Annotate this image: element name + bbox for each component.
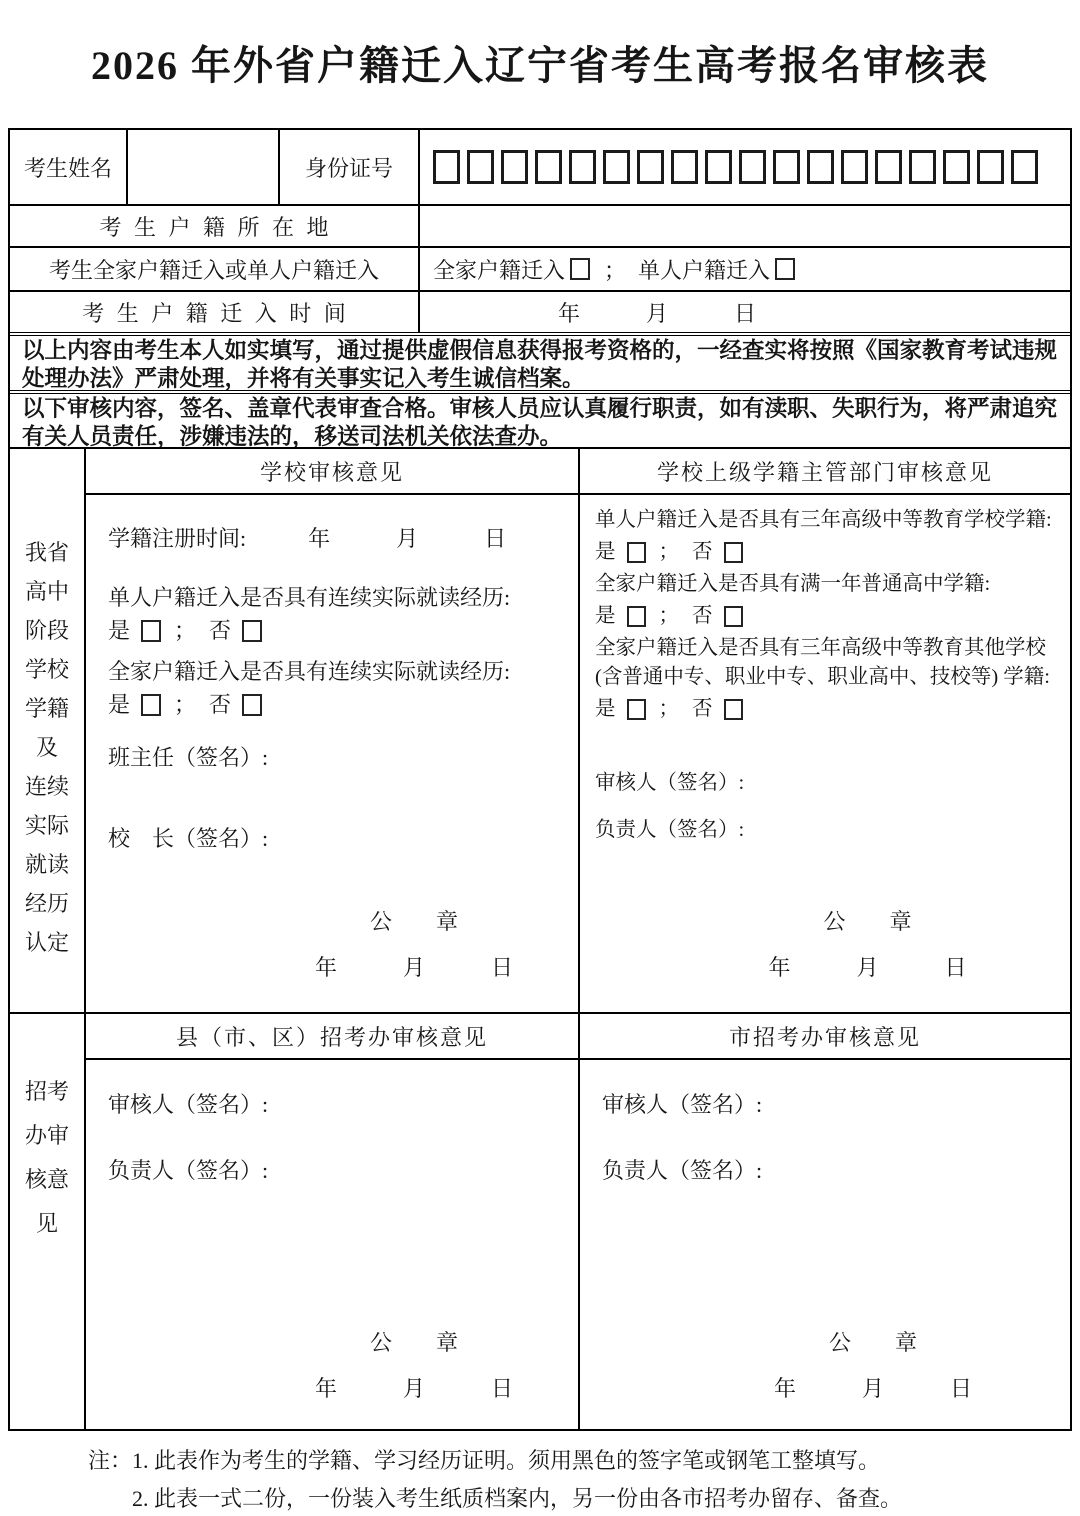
seal-label: 公 章 (823, 908, 911, 936)
id-digit-box[interactable] (467, 150, 494, 184)
yes-label: 是 (108, 615, 130, 646)
sidebar-line: 经历 (25, 884, 69, 923)
id-digit-box[interactable] (1011, 150, 1038, 184)
separator: ； (174, 615, 196, 646)
sidebar-line: 学校 (25, 650, 69, 689)
authority-review-body: 单人户籍迁入是否具有三年高级中等教育学校学籍: 是 ； 否 全家户籍迁入是否具有… (580, 495, 1070, 1012)
principal-sign-label[interactable]: 校 长（签名）: (108, 823, 568, 854)
id-digit-box[interactable] (943, 150, 970, 184)
school-review-body: 学籍注册时间: 年 月 日 单人户籍迁入是否具有连续实际就读经历: 是 ； 否 … (86, 495, 578, 1012)
yes-no-row: 是 ； 否 (108, 615, 568, 646)
separator: ； (174, 689, 196, 720)
registration-time-row: 学籍注册时间: 年 月 日 (108, 523, 568, 554)
no-checkbox[interactable] (724, 606, 743, 627)
notice-truthful-filling: 以上内容由考生本人如实填写，通过提供虚假信息获得报考资格的，一经查实将按照《国家… (10, 332, 1070, 390)
sidebar-line: 连续 (25, 767, 69, 806)
yes-no-row: 是 ； 否 (595, 695, 1056, 724)
sidebar-line: 学籍 (25, 689, 69, 728)
sidebar-line: 我省 (25, 533, 69, 572)
county-seal-area: 公 章 年 月 日 (184, 1329, 644, 1403)
responsible-sign-label[interactable]: 负责人（签名）: (602, 1156, 1060, 1186)
yes-label: 是 (595, 538, 616, 567)
id-digit-box[interactable] (977, 150, 1004, 184)
separator: ； (659, 602, 680, 631)
id-digit-box[interactable] (807, 150, 834, 184)
county-office-column: 县（市、区）招考办审核意见 审核人（签名）: 负责人（签名）: 公 章 年 月 … (84, 1014, 578, 1429)
city-seal-area: 公 章 年 月 日 (644, 1329, 1080, 1403)
id-digit-box[interactable] (671, 150, 698, 184)
form-page: 2026 年外省户籍迁入辽宁省考生高考报名审核表 考生姓名 身份证号 考 生 户… (0, 0, 1080, 1516)
form-table: 考生姓名 身份证号 考 生 户 籍 所 在 地 考生全家户籍迁入或单人户籍迁入 … (8, 128, 1072, 1431)
school-review-column: 学校审核意见 学籍注册时间: 年 月 日 单人户籍迁入是否具有连续实际就读经历:… (84, 449, 578, 1012)
row-candidate-identity: 考生姓名 身份证号 (10, 130, 1070, 204)
family-move-checkbox[interactable] (570, 258, 590, 280)
county-office-header: 县（市、区）招考办审核意见 (86, 1014, 578, 1060)
seal-date: 年 月 日 (774, 1375, 972, 1403)
no-checkbox[interactable] (724, 542, 743, 563)
move-type-options: 全家户籍迁入 ； 单人户籍迁入 (418, 248, 1070, 290)
yes-no-row: 是 ； 否 (595, 538, 1056, 567)
single-move-checkbox[interactable] (775, 258, 795, 280)
sidebar-line: 就读 (25, 845, 69, 884)
sidebar-line: 阶段 (25, 611, 69, 650)
city-office-body: 审核人（签名）: 负责人（签名）: 公 章 年 月 日 (580, 1060, 1070, 1429)
id-digit-box[interactable] (535, 150, 562, 184)
sidebar-line: 实际 (25, 806, 69, 845)
row-move-time: 考 生 户 籍 迁 入 时 间 年 月 日 (10, 290, 1070, 332)
seal-label: 公 章 (370, 1329, 458, 1357)
reviewer-sign-label[interactable]: 审核人（签名）: (595, 769, 1056, 798)
yes-checkbox[interactable] (141, 694, 161, 716)
id-number-label: 身份证号 (278, 130, 418, 204)
authority-review-column: 学校上级学籍主管部门审核意见 单人户籍迁入是否具有三年高级中等教育学校学籍: 是… (578, 449, 1070, 1012)
head-teacher-sign-label[interactable]: 班主任（签名）: (108, 742, 568, 773)
seal-date: 年 月 日 (315, 954, 513, 982)
residence-input-area[interactable] (418, 206, 1070, 246)
section-b-sidebar: 招考办审核意见 (10, 1014, 84, 1429)
page-title: 2026 年外省户籍迁入辽宁省考生高考报名审核表 (0, 34, 1080, 91)
yes-checkbox[interactable] (141, 620, 161, 642)
note-item: 1. 此表作为考生的学籍、学习经历证明。须用黑色的签字笔或钢笔工整填写。 (132, 1442, 902, 1480)
note-item: 2. 此表一式二份，一份装入考生纸质档案内，另一份由各市招考办留存、备查。 (132, 1480, 902, 1516)
id-digit-box[interactable] (603, 150, 630, 184)
school-seal-area: 公 章 年 月 日 (184, 908, 644, 982)
yes-label: 是 (595, 695, 616, 724)
id-digit-boxes (433, 150, 1038, 184)
question-single-study: 单人户籍迁入是否具有连续实际就读经历: (108, 582, 568, 613)
move-type-label: 考生全家户籍迁入或单人户籍迁入 (10, 248, 418, 290)
id-digit-box[interactable] (637, 150, 664, 184)
sidebar-line: 办审 (25, 1114, 69, 1158)
notes-prefix: 注： (88, 1442, 132, 1516)
city-office-column: 市招考办审核意见 审核人（签名）: 负责人（签名）: 公 章 年 月 日 (578, 1014, 1070, 1429)
notice-review-responsibility: 以下审核内容，签名、盖章代表审查合格。审核人员应认真履行职责，如有渎职、失职行为… (10, 390, 1070, 447)
seal-label: 公 章 (370, 908, 458, 936)
yes-checkbox[interactable] (627, 606, 646, 627)
family-move-label: 全家户籍迁入 (433, 254, 565, 285)
responsible-sign-label[interactable]: 负责人（签名）: (108, 1156, 568, 1186)
yes-label: 是 (108, 689, 130, 720)
city-office-header: 市招考办审核意见 (580, 1014, 1070, 1060)
section-admission-office-review: 招考办审核意见 县（市、区）招考办审核意见 审核人（签名）: 负责人（签名）: … (10, 1012, 1070, 1429)
candidate-name-label: 考生姓名 (10, 130, 126, 204)
move-time-ymd: 年 月 日 (558, 297, 756, 328)
no-label: 否 (692, 538, 713, 567)
id-digit-box[interactable] (433, 150, 460, 184)
footer-notes: 注： 1. 此表作为考生的学籍、学习经历证明。须用黑色的签字笔或钢笔工整填写。 … (88, 1442, 1028, 1516)
separator: ； (659, 538, 680, 567)
row-residence: 考 生 户 籍 所 在 地 (10, 204, 1070, 246)
school-review-header: 学校审核意见 (86, 449, 578, 495)
seal-date: 年 月 日 (315, 1375, 513, 1403)
separator: ； (659, 695, 680, 724)
id-digit-box[interactable] (875, 150, 902, 184)
yes-no-row: 是 ； 否 (108, 689, 568, 720)
id-digit-box[interactable] (909, 150, 936, 184)
responsible-sign-label[interactable]: 负责人（签名）: (595, 816, 1056, 845)
single-move-label: 单人户籍迁入 (638, 254, 770, 285)
question-family-study: 全家户籍迁入是否具有连续实际就读经历: (108, 656, 568, 687)
question-family-other-school: 全家户籍迁入是否具有三年高级中等教育其他学校(含普通中专、职业中专、职业高中、技… (595, 634, 1056, 692)
seal-date: 年 月 日 (768, 954, 966, 982)
no-label: 否 (692, 602, 713, 631)
id-number-cell (418, 130, 1070, 204)
yes-label: 是 (595, 602, 616, 631)
id-digit-box[interactable] (705, 150, 732, 184)
no-checkbox[interactable] (242, 694, 262, 716)
reviewer-sign-label[interactable]: 审核人（签名）: (602, 1090, 1060, 1120)
row-move-type: 考生全家户籍迁入或单人户籍迁入 全家户籍迁入 ； 单人户籍迁入 (10, 246, 1070, 290)
sidebar-line: 认定 (25, 923, 69, 962)
notes-list: 1. 此表作为考生的学籍、学习经历证明。须用黑色的签字笔或钢笔工整填写。 2. … (132, 1442, 902, 1516)
id-digit-box[interactable] (773, 150, 800, 184)
no-label: 否 (209, 689, 231, 720)
yes-no-row: 是 ； 否 (595, 602, 1056, 631)
move-time-input-area[interactable]: 年 月 日 (418, 292, 1070, 332)
sidebar-line: 及 (36, 728, 58, 767)
registration-time-label: 学籍注册时间: (108, 523, 246, 554)
no-label: 否 (209, 615, 231, 646)
move-time-label: 考 生 户 籍 迁 入 时 间 (10, 292, 418, 332)
sidebar-line: 高中 (25, 572, 69, 611)
separator: ； (604, 254, 626, 285)
section-a-sidebar: 我省高中阶段学校学籍及连续实际就读经历认定 (10, 449, 84, 1012)
question-family-one-year: 全家户籍迁入是否具有满一年普通高中学籍: (595, 570, 1056, 599)
reviewer-sign-label[interactable]: 审核人（签名）: (108, 1090, 568, 1120)
seal-label: 公 章 (829, 1329, 917, 1357)
section-school-record-review: 我省高中阶段学校学籍及连续实际就读经历认定 学校审核意见 学籍注册时间: 年 月… (10, 447, 1070, 1012)
no-label: 否 (692, 695, 713, 724)
no-checkbox[interactable] (242, 620, 262, 642)
id-digit-box[interactable] (501, 150, 528, 184)
sidebar-line: 见 (36, 1202, 58, 1246)
id-digit-box[interactable] (841, 150, 868, 184)
authority-seal-area: 公 章 年 月 日 (637, 908, 1080, 982)
residence-label: 考 生 户 籍 所 在 地 (10, 206, 418, 246)
candidate-name-input-area[interactable] (126, 130, 278, 204)
county-office-body: 审核人（签名）: 负责人（签名）: 公 章 年 月 日 (86, 1060, 578, 1429)
id-digit-box[interactable] (739, 150, 766, 184)
registration-time-ymd: 年 月 日 (308, 523, 506, 554)
id-digit-box[interactable] (569, 150, 596, 184)
sidebar-line: 核意 (25, 1158, 69, 1202)
yes-checkbox[interactable] (627, 542, 646, 563)
question-single-enrollment: 单人户籍迁入是否具有三年高级中等教育学校学籍: (595, 506, 1056, 535)
sidebar-line: 招考 (25, 1070, 69, 1114)
no-checkbox[interactable] (724, 699, 743, 720)
yes-checkbox[interactable] (627, 699, 646, 720)
authority-review-header: 学校上级学籍主管部门审核意见 (580, 449, 1070, 495)
